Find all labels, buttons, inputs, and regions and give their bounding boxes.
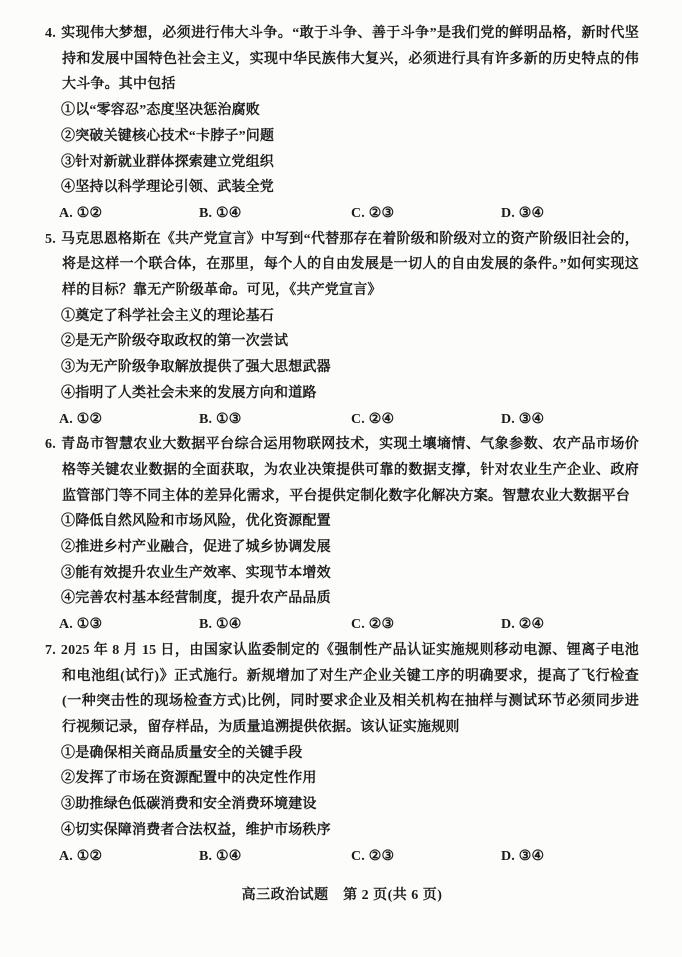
question-block-6: 6.青岛市智慧农业大数据平台综合运用物联网技术，实现土壤墒情、气象参数、农产品市… — [45, 432, 639, 638]
option-line-3: ③能有效提升农业生产效率、实现节本增效 — [61, 561, 639, 587]
answer-choice-d: D. ②④ — [501, 612, 639, 638]
question-block-4: 4.实现伟大梦想，必须进行伟大斗争。“敢于斗争、善于斗争”是我们党的鲜明品格，新… — [45, 21, 639, 227]
question-stem-text: 青岛市智慧农业大数据平台综合运用物联网技术，实现土壤墒情、气象参数、农产品市场价… — [61, 437, 639, 503]
answer-choice-c: C. ②③ — [351, 612, 501, 638]
answer-row: A. ①③ B. ①④ C. ②③ D. ②④ — [59, 612, 639, 638]
question-block-7: 7.2025 年 8 月 15 日，由国家认监委制定的《强制性产品认证实施规则移… — [45, 638, 639, 869]
answer-choice-a: A. ①③ — [59, 612, 199, 638]
exam-page: 4.实现伟大梦想，必须进行伟大斗争。“敢于斗争、善于斗争”是我们党的鲜明品格，新… — [0, 0, 682, 957]
question-stem: 5.马克思恩格斯在《共产党宣言》中写到“代替那存在着阶级和阶级对立的资产阶级旧社… — [45, 227, 639, 304]
answer-choice-a: A. ①② — [59, 201, 199, 227]
answer-choice-d: D. ③④ — [501, 407, 639, 433]
option-line-4: ④完善农村基本经营制度，提升农产品品质 — [61, 586, 639, 612]
answer-choice-b: B. ①④ — [199, 201, 351, 227]
option-line-4: ④指明了人类社会未来的发展方向和道路 — [61, 381, 639, 407]
question-number: 5. — [45, 232, 56, 247]
option-line-4: ④坚持以科学理论引领、武装全党 — [61, 175, 639, 201]
answer-row: A. ①② B. ①④ C. ②③ D. ③④ — [59, 844, 639, 870]
option-line-3: ③针对新就业群体探索建立党组织 — [61, 150, 639, 176]
option-line-2: ②发挥了市场在资源配置中的决定性作用 — [61, 766, 639, 792]
question-stem-text: 实现伟大梦想，必须进行伟大斗争。“敢于斗争、善于斗争”是我们党的鲜明品格，新时代… — [61, 26, 639, 92]
answer-choice-a: A. ①② — [59, 844, 199, 870]
answer-row: A. ①② B. ①③ C. ②④ D. ③④ — [59, 407, 639, 433]
question-stem-text: 2025 年 8 月 15 日，由国家认监委制定的《强制性产品认证实施规则移动电… — [61, 643, 639, 735]
option-line-1: ①以“零容忍”态度坚决惩治腐败 — [61, 98, 639, 124]
option-line-1: ①是确保相关商品质量安全的关键手段 — [61, 741, 639, 767]
question-number: 4. — [45, 26, 56, 41]
question-stem-text: 马克思恩格斯在《共产党宣言》中写到“代替那存在着阶级和阶级对立的资产阶级旧社会的… — [61, 232, 639, 298]
answer-choice-a: A. ①② — [59, 407, 199, 433]
question-stem: 4.实现伟大梦想，必须进行伟大斗争。“敢于斗争、善于斗争”是我们党的鲜明品格，新… — [45, 21, 639, 98]
question-stem: 7.2025 年 8 月 15 日，由国家认监委制定的《强制性产品认证实施规则移… — [45, 638, 639, 741]
question-number: 6. — [45, 437, 56, 452]
answer-choice-d: D. ③④ — [501, 201, 639, 227]
answer-choice-b: B. ①③ — [199, 407, 351, 433]
page-footer: 高三政治试题 第 2 页(共 6 页) — [45, 884, 639, 904]
answer-choice-b: B. ①④ — [199, 844, 351, 870]
answer-row: A. ①② B. ①④ C. ②③ D. ③④ — [59, 201, 639, 227]
option-line-4: ④切实保障消费者合法权益，维护市场秩序 — [61, 818, 639, 844]
question-stem: 6.青岛市智慧农业大数据平台综合运用物联网技术，实现土壤墒情、气象参数、农产品市… — [45, 432, 639, 509]
answer-choice-c: C. ②④ — [351, 407, 501, 433]
answer-choice-b: B. ①④ — [199, 612, 351, 638]
option-line-1: ①奠定了科学社会主义的理论基石 — [61, 304, 639, 330]
option-line-3: ③为无产阶级争取解放提供了强大思想武器 — [61, 355, 639, 381]
question-number: 7. — [45, 643, 56, 658]
option-line-2: ②是无产阶级夺取政权的第一次尝试 — [61, 329, 639, 355]
answer-choice-c: C. ②③ — [351, 844, 501, 870]
answer-choice-d: D. ③④ — [501, 844, 639, 870]
option-line-1: ①降低自然风险和市场风险，优化资源配置 — [61, 509, 639, 535]
option-line-2: ②突破关键核心技术“卡脖子”问题 — [61, 124, 639, 150]
question-block-5: 5.马克思恩格斯在《共产党宣言》中写到“代替那存在着阶级和阶级对立的资产阶级旧社… — [45, 227, 639, 433]
answer-choice-c: C. ②③ — [351, 201, 501, 227]
option-line-2: ②推进乡村产业融合，促进了城乡协调发展 — [61, 535, 639, 561]
option-line-3: ③助推绿色低碳消费和安全消费环境建设 — [61, 792, 639, 818]
